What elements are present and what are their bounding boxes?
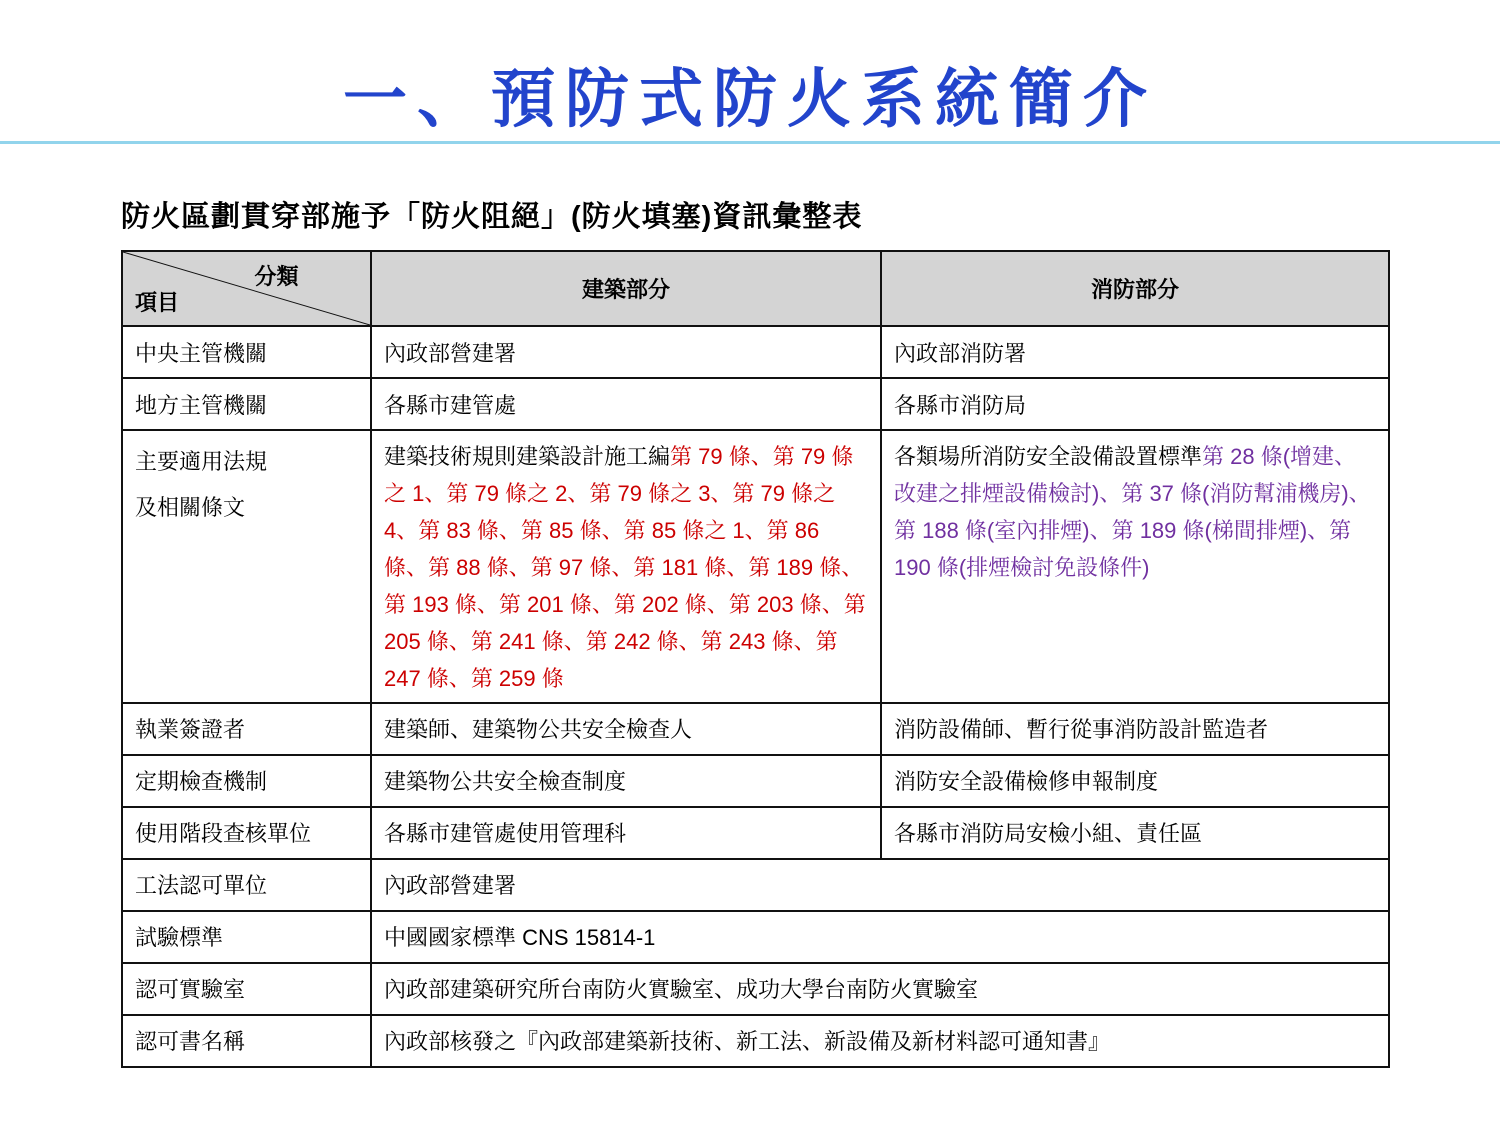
- row-label-line1: 主要適用法規: [135, 439, 358, 485]
- building-law-articles: 第 79 條、第 79 條之 1、第 79 條之 2、第 79 條之 3、第 7…: [384, 444, 866, 691]
- table-row: 工法認可單位 內政部營建署: [122, 859, 1389, 911]
- header-corner-cell: 分類 項目: [122, 251, 371, 326]
- table-row: 執業簽證者 建築師、建築物公共安全檢查人 消防設備師、暫行從事消防設計監造者: [122, 703, 1389, 755]
- fire-cell: 內政部消防署: [881, 326, 1389, 378]
- header-fire-column: 消防部分: [881, 251, 1389, 326]
- table-row: 試驗標準 中國國家標準 CNS 15814-1: [122, 911, 1389, 963]
- merged-cell: 內政部核發之『內政部建築新技術、新工法、新設備及新材料認可通知書』: [371, 1015, 1389, 1067]
- row-label-line2: 及相關條文: [135, 485, 358, 531]
- table-row: 地方主管機關 各縣市建管處 各縣市消防局: [122, 378, 1389, 430]
- merged-cell: 內政部營建署: [371, 859, 1389, 911]
- fire-cell: 消防安全設備檢修申報制度: [881, 755, 1389, 807]
- row-label: 試驗標準: [122, 911, 371, 963]
- title-divider-line: [0, 141, 1500, 144]
- building-cell: 內政部營建署: [371, 326, 881, 378]
- building-cell: 建築物公共安全檢查制度: [371, 755, 881, 807]
- row-label: 使用階段查核單位: [122, 807, 371, 859]
- fire-cell: 各縣市消防局安檢小組、責任區: [881, 807, 1389, 859]
- merged-cell: 內政部建築研究所台南防火實驗室、成功大學台南防火實驗室: [371, 963, 1389, 1015]
- fire-law-prefix: 各類場所消防安全設備設置標準: [894, 444, 1202, 469]
- page-title: 一、預防式防火系統簡介: [0, 48, 1500, 140]
- building-cell: 建築技術規則建築設計施工編第 79 條、第 79 條之 1、第 79 條之 2、…: [371, 430, 881, 703]
- fire-protection-info-table: 分類 項目 建築部分 消防部分 中央主管機關 內政部營建署 內政部消防署 地方主…: [121, 250, 1390, 1068]
- row-label: 認可書名稱: [122, 1015, 371, 1067]
- table-row: 認可書名稱 內政部核發之『內政部建築新技術、新工法、新設備及新材料認可通知書』: [122, 1015, 1389, 1067]
- table-row: 中央主管機關 內政部營建署 內政部消防署: [122, 326, 1389, 378]
- table-row: 認可實驗室 內政部建築研究所台南防火實驗室、成功大學台南防火實驗室: [122, 963, 1389, 1015]
- header-building-column: 建築部分: [371, 251, 881, 326]
- table-caption: 防火區劃貫穿部施予「防火阻絕」(防火填塞)資訊彙整表: [121, 194, 862, 235]
- merged-cell: 中國國家標準 CNS 15814-1: [371, 911, 1389, 963]
- table-row: 定期檢查機制 建築物公共安全檢查制度 消防安全設備檢修申報制度: [122, 755, 1389, 807]
- row-label: 主要適用法規 及相關條文: [122, 430, 371, 703]
- table-header-row: 分類 項目 建築部分 消防部分: [122, 251, 1389, 326]
- row-label: 執業簽證者: [122, 703, 371, 755]
- row-label: 地方主管機關: [122, 378, 371, 430]
- building-cell: 建築師、建築物公共安全檢查人: [371, 703, 881, 755]
- row-label: 工法認可單位: [122, 859, 371, 911]
- row-label: 定期檢查機制: [122, 755, 371, 807]
- building-cell: 各縣市建管處使用管理科: [371, 807, 881, 859]
- header-corner-item-label: 項目: [135, 286, 179, 317]
- table-row-regulations: 主要適用法規 及相關條文 建築技術規則建築設計施工編第 79 條、第 79 條之…: [122, 430, 1389, 703]
- building-law-prefix: 建築技術規則建築設計施工編: [384, 444, 670, 469]
- row-label: 認可實驗室: [122, 963, 371, 1015]
- table-row: 使用階段查核單位 各縣市建管處使用管理科 各縣市消防局安檢小組、責任區: [122, 807, 1389, 859]
- fire-cell: 各縣市消防局: [881, 378, 1389, 430]
- building-cell: 各縣市建管處: [371, 378, 881, 430]
- row-label: 中央主管機關: [122, 326, 371, 378]
- fire-cell: 消防設備師、暫行從事消防設計監造者: [881, 703, 1389, 755]
- fire-cell: 各類場所消防安全設備設置標準第 28 條(增建、改建之排煙設備檢討)、第 37 …: [881, 430, 1389, 703]
